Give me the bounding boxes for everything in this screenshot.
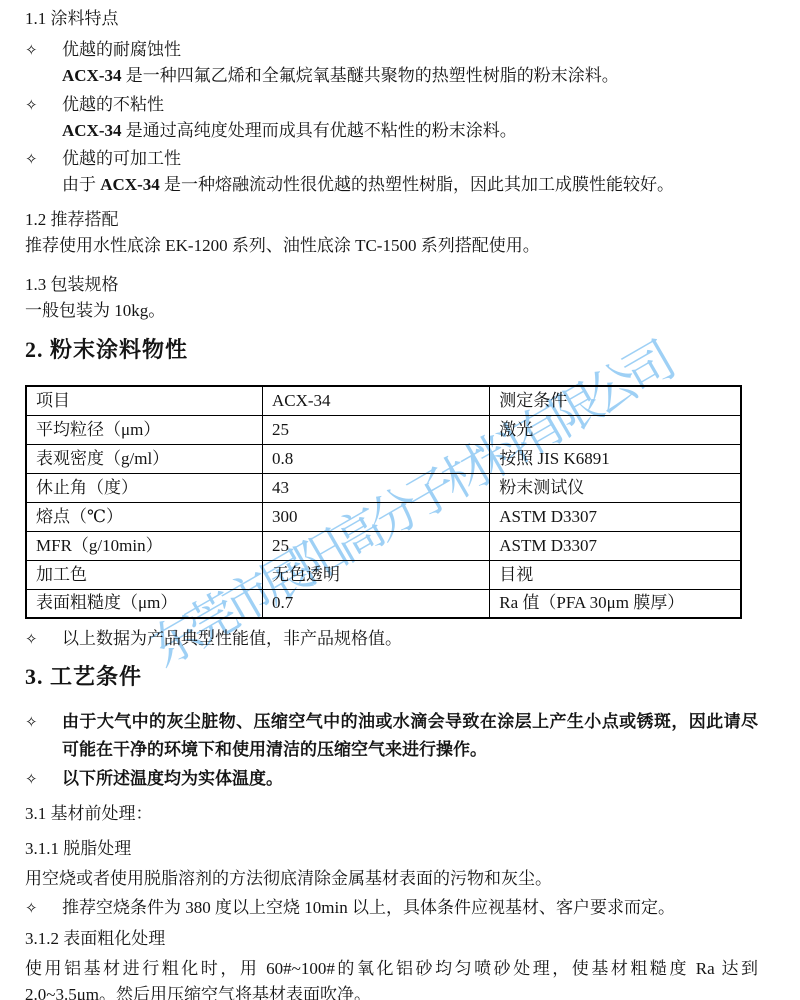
feature-desc: 由于 ACX-34 是一种熔融流动性很优越的热塑性树脂，因此其加工成膜性能较好。 [62,172,758,198]
recommendation-note: ✧ 推荐空烧条件为 380 度以上空烧 10min 以上，具体条件应视基材、客户… [25,895,758,921]
cell-value: 0.8 [262,444,489,473]
section-1-1-heading: 1.1 涂料特点 [25,6,758,32]
cell-property: 熔点（℃） [26,502,262,531]
properties-table: 项目 ACX-34 测定条件 平均粒径（μm） 25 激光 表观密度（g/ml）… [25,385,742,619]
product-code: ACX-34 [62,66,122,85]
cell-condition: 按照 JIS K6891 [490,444,741,473]
diamond-bullet-icon: ✧ [25,37,62,63]
cell-value: 25 [262,531,489,560]
feature-title: 优越的可加工性 [62,146,181,172]
feature-item: ✧ 优越的耐腐蚀性 [25,37,758,63]
table-row: 平均粒径（μm） 25 激光 [26,415,741,444]
process-note: ✧ 由于大气中的灰尘脏物、压缩空气中的油或水滴会导致在涂层上产生小点或锈斑，因此… [25,708,758,764]
diamond-bullet-icon: ✧ [25,626,62,652]
feature-item: ✧ 优越的不粘性 [25,92,758,118]
footnote-text: 以上数据为产品典型性能值，非产品规格值。 [62,626,402,652]
process-note: ✧ 以下所述温度均为实体温度。 [25,766,758,792]
table-row: 加工色 无色透明 目视 [26,560,741,589]
feature-desc-text: 是一种熔融流动性很优越的热塑性树脂，因此其加工成膜性能较好。 [160,175,674,194]
table-row: 表观密度（g/ml） 0.8 按照 JIS K6891 [26,444,741,473]
feature-title: 优越的耐腐蚀性 [62,37,181,63]
cell-value: 25 [262,415,489,444]
product-code: ACX-34 [62,121,122,140]
document-page: { "bullet_char": "✧", "watermark": { "te… [0,0,800,1000]
cell-value: 300 [262,502,489,531]
header-cell: 测定条件 [490,386,741,415]
cell-value: 无色透明 [262,560,489,589]
section-1-2-heading: 1.2 推荐搭配 [25,207,758,233]
section-3-1-2-body: 使用铝基材进行粗化时，用 60#~100#的氧化铝砂均匀喷砂处理，使基材粗糙度 … [25,956,758,1000]
section-2-heading: 2. 粉末涂料物性 [25,335,758,365]
cell-property: 加工色 [26,560,262,589]
cell-condition: ASTM D3307 [490,531,741,560]
diamond-bullet-icon: ✧ [25,146,62,172]
cell-condition: 目视 [490,560,741,589]
diamond-bullet-icon: ✧ [25,708,62,736]
feature-desc: ACX-34 是通过高纯度处理而成具有优越不粘性的粉末涂料。 [62,118,758,144]
cell-property: 表面粗糙度（μm） [26,589,262,618]
process-note-text: 由于大气中的灰尘脏物、压缩空气中的油或水滴会导致在涂层上产生小点或锈斑，因此请尽… [62,708,758,764]
section-1-2-body: 推荐使用水性底涂 EK-1200 系列、油性底涂 TC-1500 系列搭配使用。 [25,233,758,259]
table-header-row: 项目 ACX-34 测定条件 [26,386,741,415]
diamond-bullet-icon: ✧ [25,766,62,792]
process-note-text: 以下所述温度均为实体温度。 [62,766,283,792]
cell-value: 43 [262,473,489,502]
table-row: MFR（g/10min） 25 ASTM D3307 [26,531,741,560]
recommendation-text: 推荐空烧条件为 380 度以上空烧 10min 以上，具体条件应视基材、客户要求… [62,895,675,921]
cell-property: 平均粒径（μm） [26,415,262,444]
header-cell: ACX-34 [262,386,489,415]
diamond-bullet-icon: ✧ [25,92,62,118]
section-3-1-heading: 3.1 基材前处理： [25,801,758,827]
table-footnote: ✧ 以上数据为产品典型性能值，非产品规格值。 [25,626,758,652]
section-1-3-heading: 1.3 包装规格 [25,272,758,298]
product-code: ACX-34 [100,175,160,194]
section-3-1-1-heading: 3.1.1 脱脂处理 [25,836,758,862]
cell-property: MFR（g/10min） [26,531,262,560]
section-1-3-body: 一般包装为 10kg。 [25,298,758,324]
cell-property: 休止角（度） [26,473,262,502]
document-content: 1.1 涂料特点 ✧ 优越的耐腐蚀性 ACX-34 是一种四氟乙烯和全氟烷氧基醚… [0,0,800,1000]
feature-desc-text: 是通过高纯度处理而成具有优越不粘性的粉末涂料。 [122,121,517,140]
cell-condition: ASTM D3307 [490,502,741,531]
feature-desc-text: 由于 [62,175,100,194]
table-row: 休止角（度） 43 粉末测试仪 [26,473,741,502]
section-3-1-2-heading: 3.1.2 表面粗化处理 [25,926,758,952]
section-3-1-1-body: 用空烧或者使用脱脂溶剂的方法彻底清除金属基材表面的污物和灰尘。 [25,866,758,892]
feature-title: 优越的不粘性 [62,92,164,118]
cell-condition: Ra 值（PFA 30μm 膜厚） [490,589,741,618]
header-cell: 项目 [26,386,262,415]
cell-property: 表观密度（g/ml） [26,444,262,473]
table-row: 熔点（℃） 300 ASTM D3307 [26,502,741,531]
feature-item: ✧ 优越的可加工性 [25,146,758,172]
cell-condition: 激光 [490,415,741,444]
feature-desc: ACX-34 是一种四氟乙烯和全氟烷氧基醚共聚物的热塑性树脂的粉末涂料。 [62,63,758,89]
cell-value: 0.7 [262,589,489,618]
section-3-heading: 3. 工艺条件 [25,662,758,692]
cell-condition: 粉末测试仪 [490,473,741,502]
table-row: 表面粗糙度（μm） 0.7 Ra 值（PFA 30μm 膜厚） [26,589,741,618]
feature-desc-text: 是一种四氟乙烯和全氟烷氧基醚共聚物的热塑性树脂的粉末涂料。 [122,66,619,85]
diamond-bullet-icon: ✧ [25,895,62,921]
